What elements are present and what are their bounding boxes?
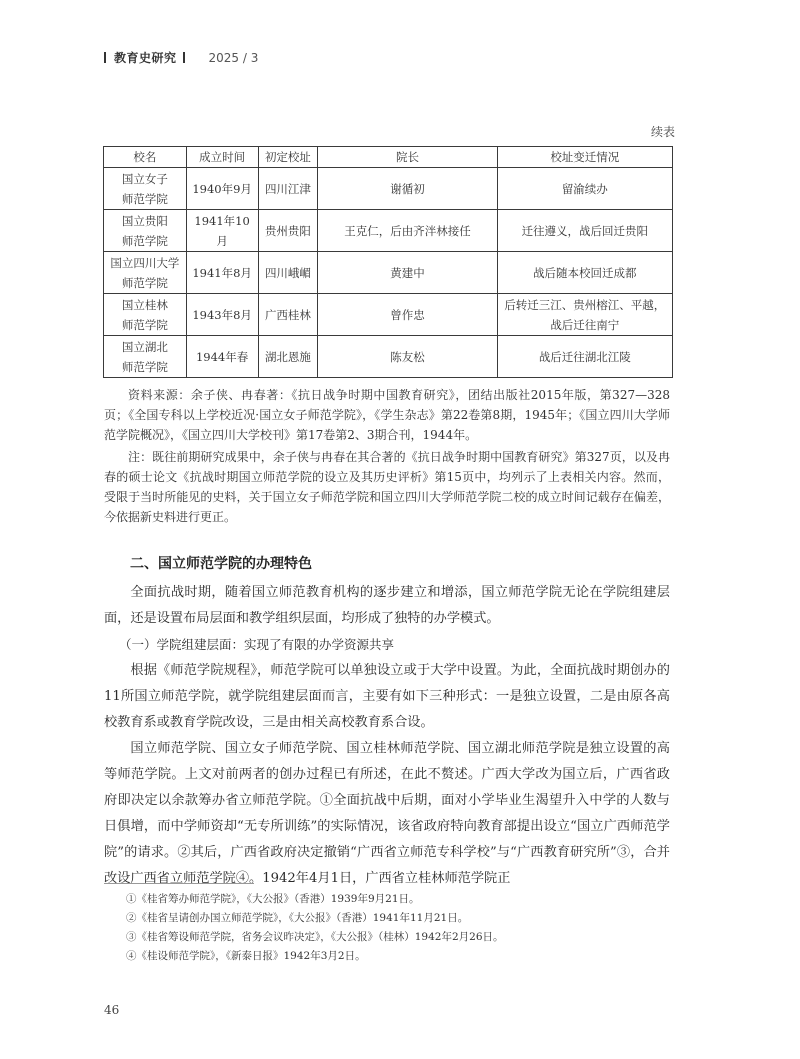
table-row: 国立湖北师范学院 1944年春 湖北恩施 陈友松 战后迁往湖北江陵 [104,336,673,378]
normal-colleges-table: 校名 成立时间 初定校址 院长 校址变迁情况 国立女子师范学院 1940年9月 … [103,146,673,378]
cell-site: 四川江津 [258,168,318,210]
body-text: 全面抗战时期，随着国立师范教育机构的逐步建立和增添，国立师范学院无论在学院组建层… [104,580,670,892]
cell-founded: 1941年10月 [186,210,258,252]
column-header-site: 初定校址 [258,147,318,168]
cell-relocation: 迁往遵义，战后回迁贵阳 [497,210,672,252]
cell-name: 国立女子师范学院 [104,168,187,210]
table-header-row: 校名 成立时间 初定校址 院长 校址变迁情况 [104,147,673,168]
column-header-relocation: 校址变迁情况 [497,147,672,168]
table-notes: 资料来源：余子侠、冉春著：《抗日战争时期中国教育研究》，团结出版社2015年版，… [104,385,670,527]
column-header-founded: 成立时间 [186,147,258,168]
paragraph: 国立师范学院、国立女子师范学院、国立桂林师范学院、国立湖北师范学院是独立设置的高… [104,736,670,892]
cell-founded: 1940年9月 [186,168,258,210]
table-row: 国立女子师范学院 1940年9月 四川江津 谢循初 留渝续办 [104,168,673,210]
cell-site: 贵州贵阳 [258,210,318,252]
page-number: 46 [104,1003,119,1017]
header-divider [183,52,185,63]
cell-site: 广西桂林 [258,294,318,336]
cell-president: 黄建中 [318,252,497,294]
journal-title: 教育史研究 [114,49,177,66]
footnote-3: ③《桂省筹设师范学院，省务会议昨决定》，《大公报》（桂林）1942年2月26日。 [126,928,504,947]
table-source-note: 资料来源：余子侠、冉春著：《抗日战争时期中国教育研究》，团结出版社2015年版，… [104,385,670,445]
cell-relocation: 战后随本校回迁成都 [497,252,672,294]
table-correction-note: 注：既往前期研究成果中，余子侠与冉春在其合著的《抗日战争时期中国教育研究》第32… [104,447,670,527]
cell-president: 谢循初 [318,168,497,210]
footnote-1: ①《桂省筹办师范学院》，《大公报》（香港）1939年9月21日。 [126,890,504,909]
table-row: 国立桂林师范学院 1943年8月 广西桂林 曾作忠 后转迁三江、贵州榕江、平越，… [104,294,673,336]
cell-president: 王克仁，后由齐泮林接任 [318,210,497,252]
cell-founded: 1943年8月 [186,294,258,336]
cell-president: 曾作忠 [318,294,497,336]
footnotes: ①《桂省筹办师范学院》，《大公报》（香港）1939年9月21日。 ②《桂省呈请创… [126,890,504,966]
footnote-2: ②《桂省呈请创办国立师范学院》，《大公报》（香港）1941年11月21日。 [126,909,504,928]
cell-relocation: 留渝续办 [497,168,672,210]
column-header-president: 院长 [318,147,497,168]
cell-president: 陈友松 [318,336,497,378]
table-continued-label: 续表 [651,123,675,140]
section-heading: 二、国立师范学院的办理特色 [130,553,312,573]
table-row: 国立贵阳师范学院 1941年10月 贵州贵阳 王克仁，后由齐泮林接任 迁往遵义，… [104,210,673,252]
header-divider [104,52,106,63]
cell-name: 国立湖北师范学院 [104,336,187,378]
issue-number: 2025 / 3 [209,51,259,65]
running-header: 教育史研究 2025 / 3 [104,49,258,66]
paragraph: 根据《师范学院规程》，师范学院可以单独设立或于大学中设置。为此，全面抗战时期创办… [104,658,670,736]
cell-name: 国立贵阳师范学院 [104,210,187,252]
cell-relocation: 战后迁往湖北江陵 [497,336,672,378]
cell-name: 国立桂林师范学院 [104,294,187,336]
cell-founded: 1944年春 [186,336,258,378]
cell-name: 国立四川大学师范学院 [104,252,187,294]
subsection-heading: （一）学院组建层面：实现了有限的办学资源共享 [104,632,670,658]
table-row: 国立四川大学师范学院 1941年8月 四川峨嵋 黄建中 战后随本校回迁成都 [104,252,673,294]
cell-relocation: 后转迁三江、贵州榕江、平越，战后迁往南宁 [497,294,672,336]
cell-site: 四川峨嵋 [258,252,318,294]
cell-site: 湖北恩施 [258,336,318,378]
footnote-divider [104,883,254,884]
cell-founded: 1941年8月 [186,252,258,294]
footnote-4: ④《桂设师范学院》，《新泰日报》1942年3月2日。 [126,947,504,966]
paragraph: 全面抗战时期，随着国立师范教育机构的逐步建立和增添，国立师范学院无论在学院组建层… [104,580,670,632]
column-header-name: 校名 [104,147,187,168]
